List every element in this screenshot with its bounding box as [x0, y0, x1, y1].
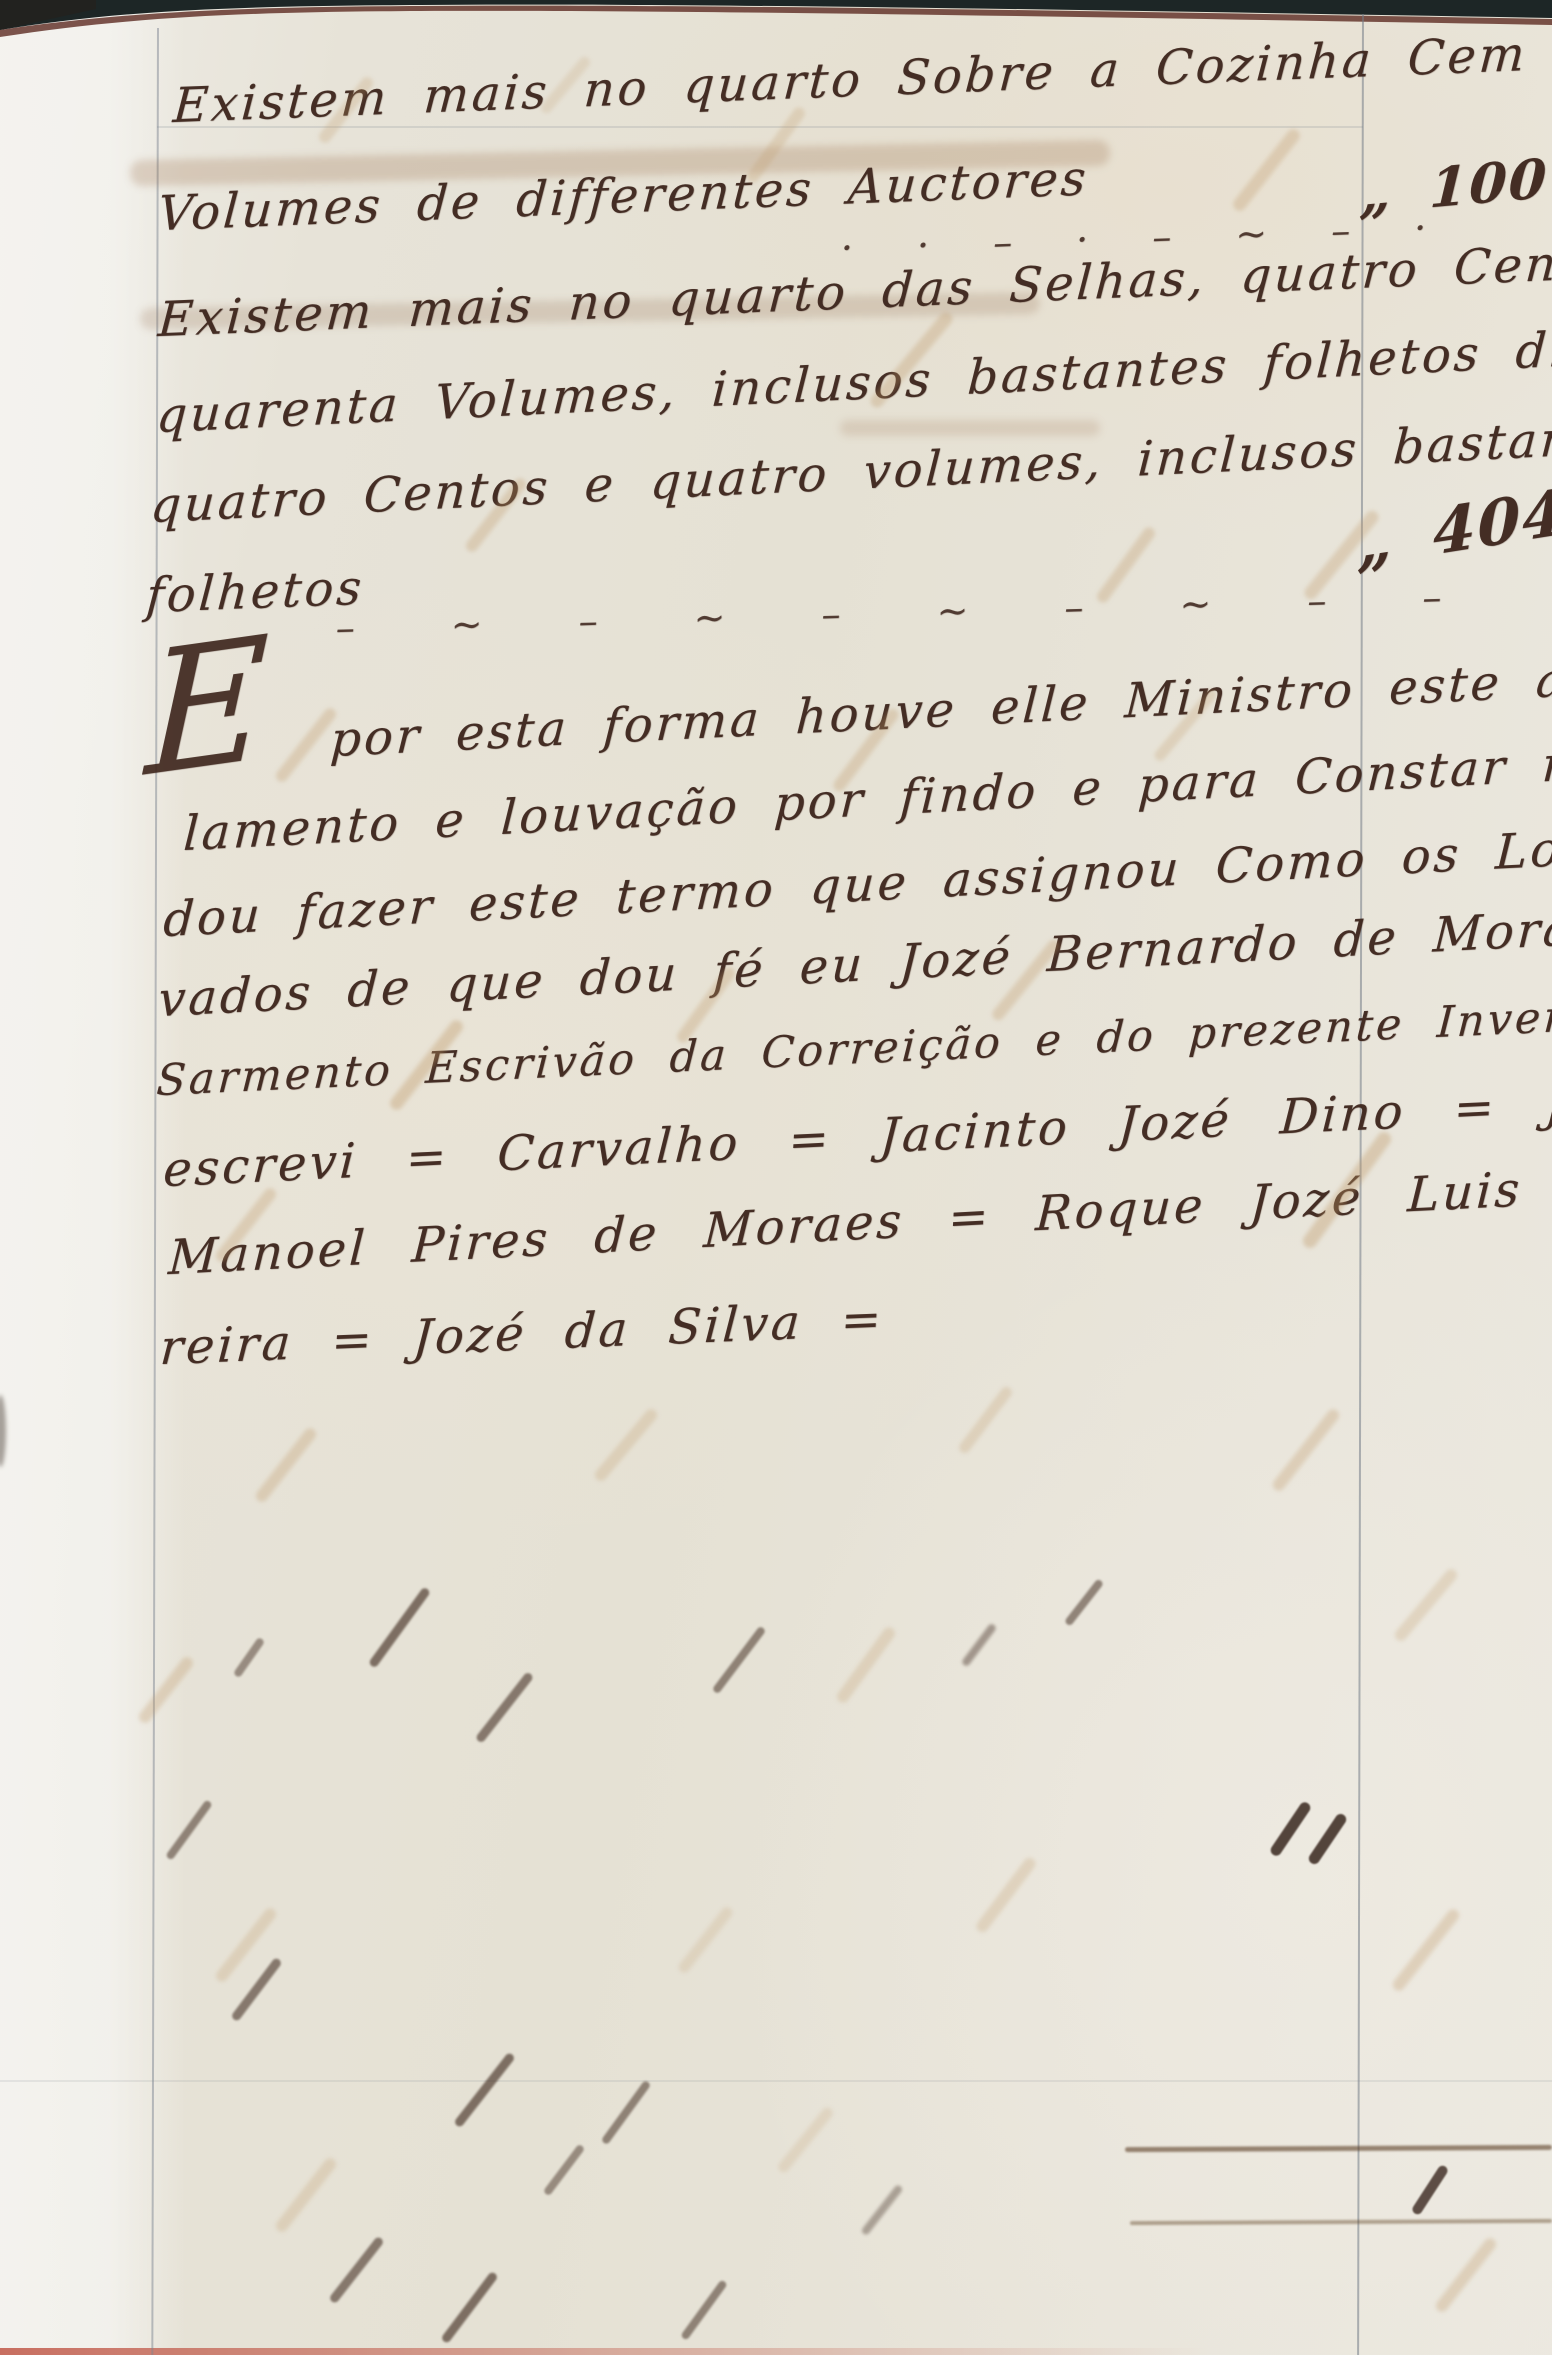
ink-bleed-mark: [860, 2184, 903, 2236]
closing-line8: reira = Jozé da Silva =: [158, 1291, 886, 1376]
bleedthrough-rule: [1125, 2145, 1552, 2152]
entry1-total: „ 100: [1359, 146, 1550, 227]
ink-bleed-mark: [165, 1799, 213, 1860]
ink-bleed-mark: [1064, 1578, 1104, 1626]
ink-bleed-mark: [328, 2236, 384, 2305]
closing-initial-flourish: E: [143, 599, 274, 815]
ink-bleed-mark: [601, 2080, 652, 2145]
ink-bleed-mark: [1307, 1812, 1349, 1866]
ink-bleed-mark: [712, 1626, 767, 1695]
bleedthrough-rule: [1130, 2219, 1552, 2225]
page-left-edge-notch: [0, 1395, 6, 1467]
ink-bleed-mark: [368, 1586, 431, 1668]
ink-bleed-mark: [230, 1957, 282, 2022]
entry2-leader-dashes: – ~ – ~ – ~ – ~ – –: [335, 574, 1476, 650]
ink-bleed-mark: [1269, 1800, 1313, 1858]
ink-bleed-mark: [233, 1637, 265, 1678]
ink-bleed-mark: [543, 2144, 585, 2197]
page-bottom-edge: [0, 2348, 1552, 2355]
entry2-total: „ 404: [1356, 475, 1552, 582]
ink-bleed-mark: [680, 2279, 728, 2340]
ink-bleed-mark: [961, 1623, 997, 1668]
manuscript-page: Existem mais no quarto Sobre a Cozinha C…: [0, 0, 1552, 2355]
ink-bleed-mark: [475, 1671, 534, 1744]
ink-bleed-mark: [453, 2052, 516, 2128]
footer-pencil-line: [0, 2080, 1552, 2082]
ink-bleed-mark: [1411, 2164, 1450, 2216]
ink-smear: [840, 420, 1100, 436]
left-margin-line: [151, 28, 159, 2355]
ink-bleed-mark: [440, 2271, 498, 2344]
